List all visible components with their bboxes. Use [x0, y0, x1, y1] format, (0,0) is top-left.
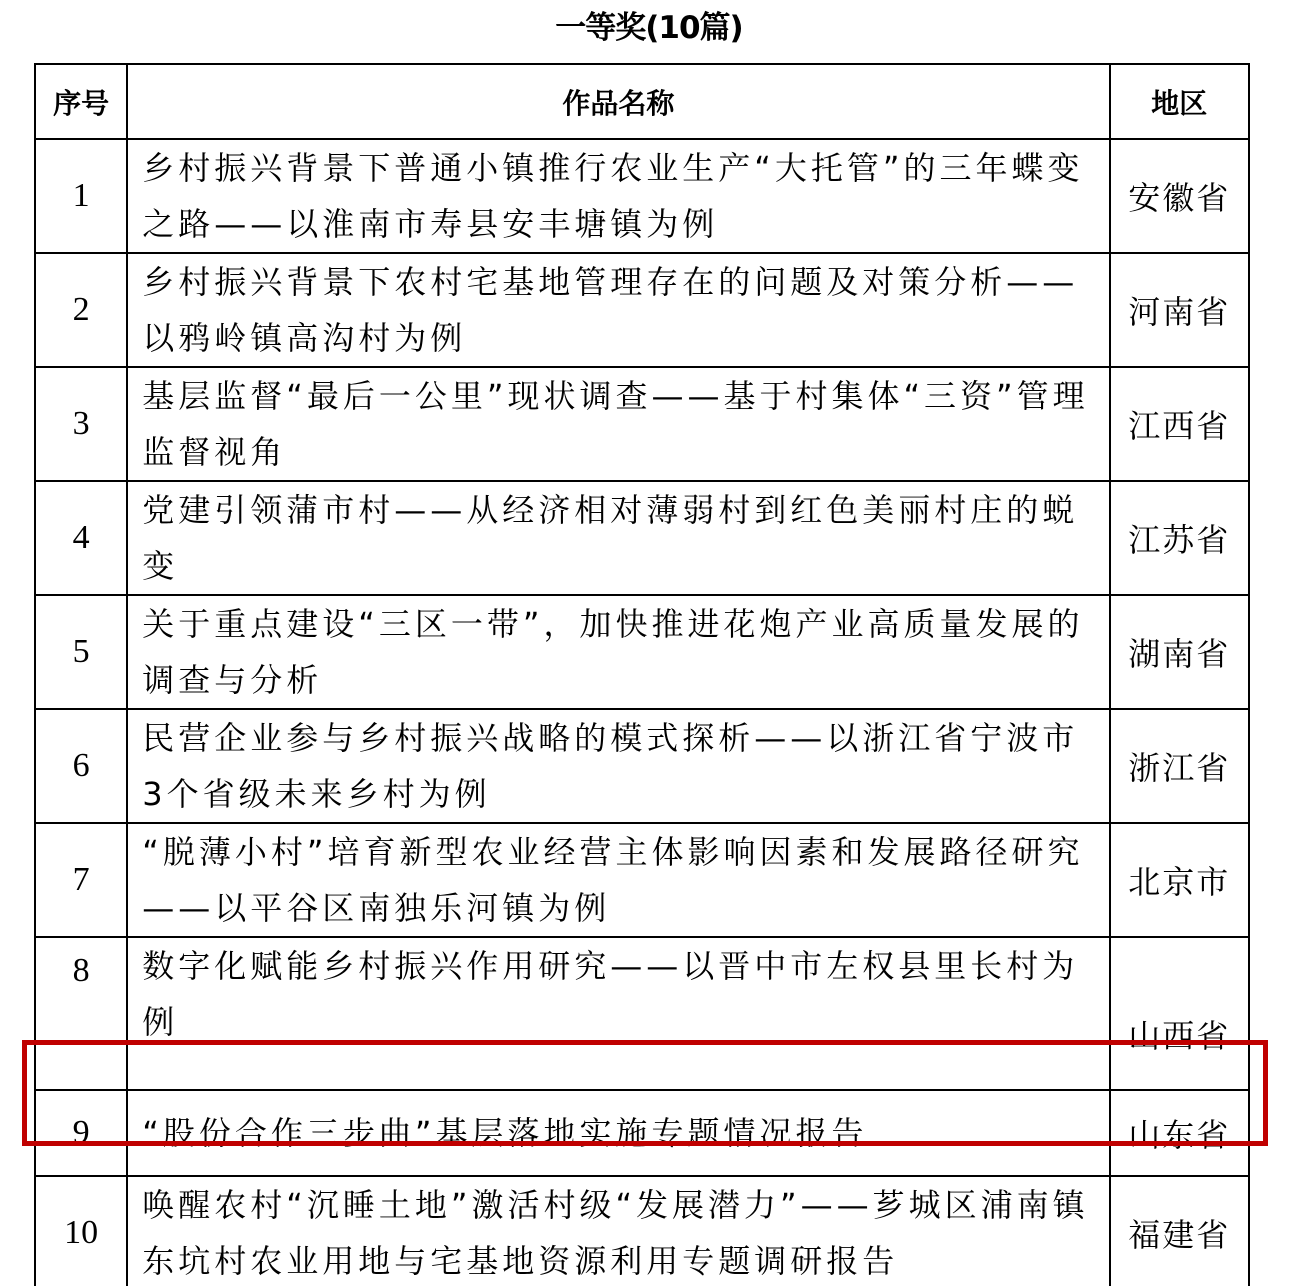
row-title: 乡村振兴背景下农村宅基地管理存在的问题及对策分析——以鸦岭镇高沟村为例 [127, 253, 1109, 367]
table-row: 10 唤醒农村“沉睡土地”激活村级“发展潜力”——芗城区浦南镇东坑村农业用地与宅… [35, 1176, 1249, 1286]
row-no: 2 [35, 253, 127, 367]
row-region: 北京市 [1110, 823, 1249, 937]
row-no: 9 [35, 1090, 127, 1176]
table-row: 5 关于重点建设“三区一带”，加快推进花炮产业高质量发展的调查与分析 湖南省 [35, 595, 1249, 709]
row-no: 8 [35, 937, 127, 1090]
table-header-row: 序号 作品名称 地区 [35, 64, 1249, 139]
table-row: 6 民营企业参与乡村振兴战略的模式探析——以浙江省宁波市3个省级未来乡村为例 浙… [35, 709, 1249, 823]
row-region: 浙江省 [1110, 709, 1249, 823]
row-no: 5 [35, 595, 127, 709]
row-region: 河南省 [1110, 253, 1249, 367]
row-title: “脱薄小村”培育新型农业经营主体影响因素和发展路径研究——以平谷区南独乐河镇为例 [127, 823, 1109, 937]
row-region: 山东省 [1110, 1090, 1249, 1176]
row-region: 湖南省 [1110, 595, 1249, 709]
row-title: 民营企业参与乡村振兴战略的模式探析——以浙江省宁波市3个省级未来乡村为例 [127, 709, 1109, 823]
row-region: 安徽省 [1110, 139, 1249, 253]
row-no: 4 [35, 481, 127, 595]
row-title: 关于重点建设“三区一带”，加快推进花炮产业高质量发展的调查与分析 [127, 595, 1109, 709]
table-row: 1 乡村振兴背景下普通小镇推行农业生产“大托管”的三年蝶变之路——以淮南市寿县安… [35, 139, 1249, 253]
row-title: 党建引领蒲市村——从经济相对薄弱村到红色美丽村庄的蜕变 [127, 481, 1109, 595]
page-title: 一等奖(10篇) [0, 6, 1298, 50]
header-title: 作品名称 [127, 64, 1109, 139]
row-title: 基层监督“最后一公里”现状调查——基于村集体“三资”管理监督视角 [127, 367, 1109, 481]
row-title: “股份合作三步曲”基层落地实施专题情况报告 [127, 1090, 1109, 1176]
row-region: 江苏省 [1110, 481, 1249, 595]
row-no: 3 [35, 367, 127, 481]
row-region: 福建省 [1110, 1176, 1249, 1286]
row-title-cell: 数字化赋能乡村振兴作用研究——以晋中市左权县里长村为例 [127, 937, 1109, 1090]
header-no: 序号 [35, 64, 127, 139]
row-title: 乡村振兴背景下普通小镇推行农业生产“大托管”的三年蝶变之路——以淮南市寿县安丰塘… [127, 139, 1109, 253]
table-row: 8 数字化赋能乡村振兴作用研究——以晋中市左权县里长村为例 山西省 [35, 937, 1249, 1090]
table-row-highlighted: 9 “股份合作三步曲”基层落地实施专题情况报告 山东省 [35, 1090, 1249, 1176]
row-no: 10 [35, 1176, 127, 1286]
table-row: 7 “脱薄小村”培育新型农业经营主体影响因素和发展路径研究——以平谷区南独乐河镇… [35, 823, 1249, 937]
header-region: 地区 [1110, 64, 1249, 139]
table-row: 2 乡村振兴背景下农村宅基地管理存在的问题及对策分析——以鸦岭镇高沟村为例 河南… [35, 253, 1249, 367]
table-row: 4 党建引领蒲市村——从经济相对薄弱村到红色美丽村庄的蜕变 江苏省 [35, 481, 1249, 595]
row-region: 江西省 [1110, 367, 1249, 481]
award-table: 序号 作品名称 地区 1 乡村振兴背景下普通小镇推行农业生产“大托管”的三年蝶变… [34, 63, 1250, 1286]
row-no: 6 [35, 709, 127, 823]
row-title: 唤醒农村“沉睡土地”激活村级“发展潜力”——芗城区浦南镇东坑村农业用地与宅基地资… [127, 1176, 1109, 1286]
table-row: 3 基层监督“最后一公里”现状调查——基于村集体“三资”管理监督视角 江西省 [35, 367, 1249, 481]
row-no: 7 [35, 823, 127, 937]
row-title: 数字化赋能乡村振兴作用研究——以晋中市左权县里长村为例 [142, 938, 1098, 1050]
row-no: 1 [35, 139, 127, 253]
row-region: 山西省 [1110, 937, 1249, 1090]
